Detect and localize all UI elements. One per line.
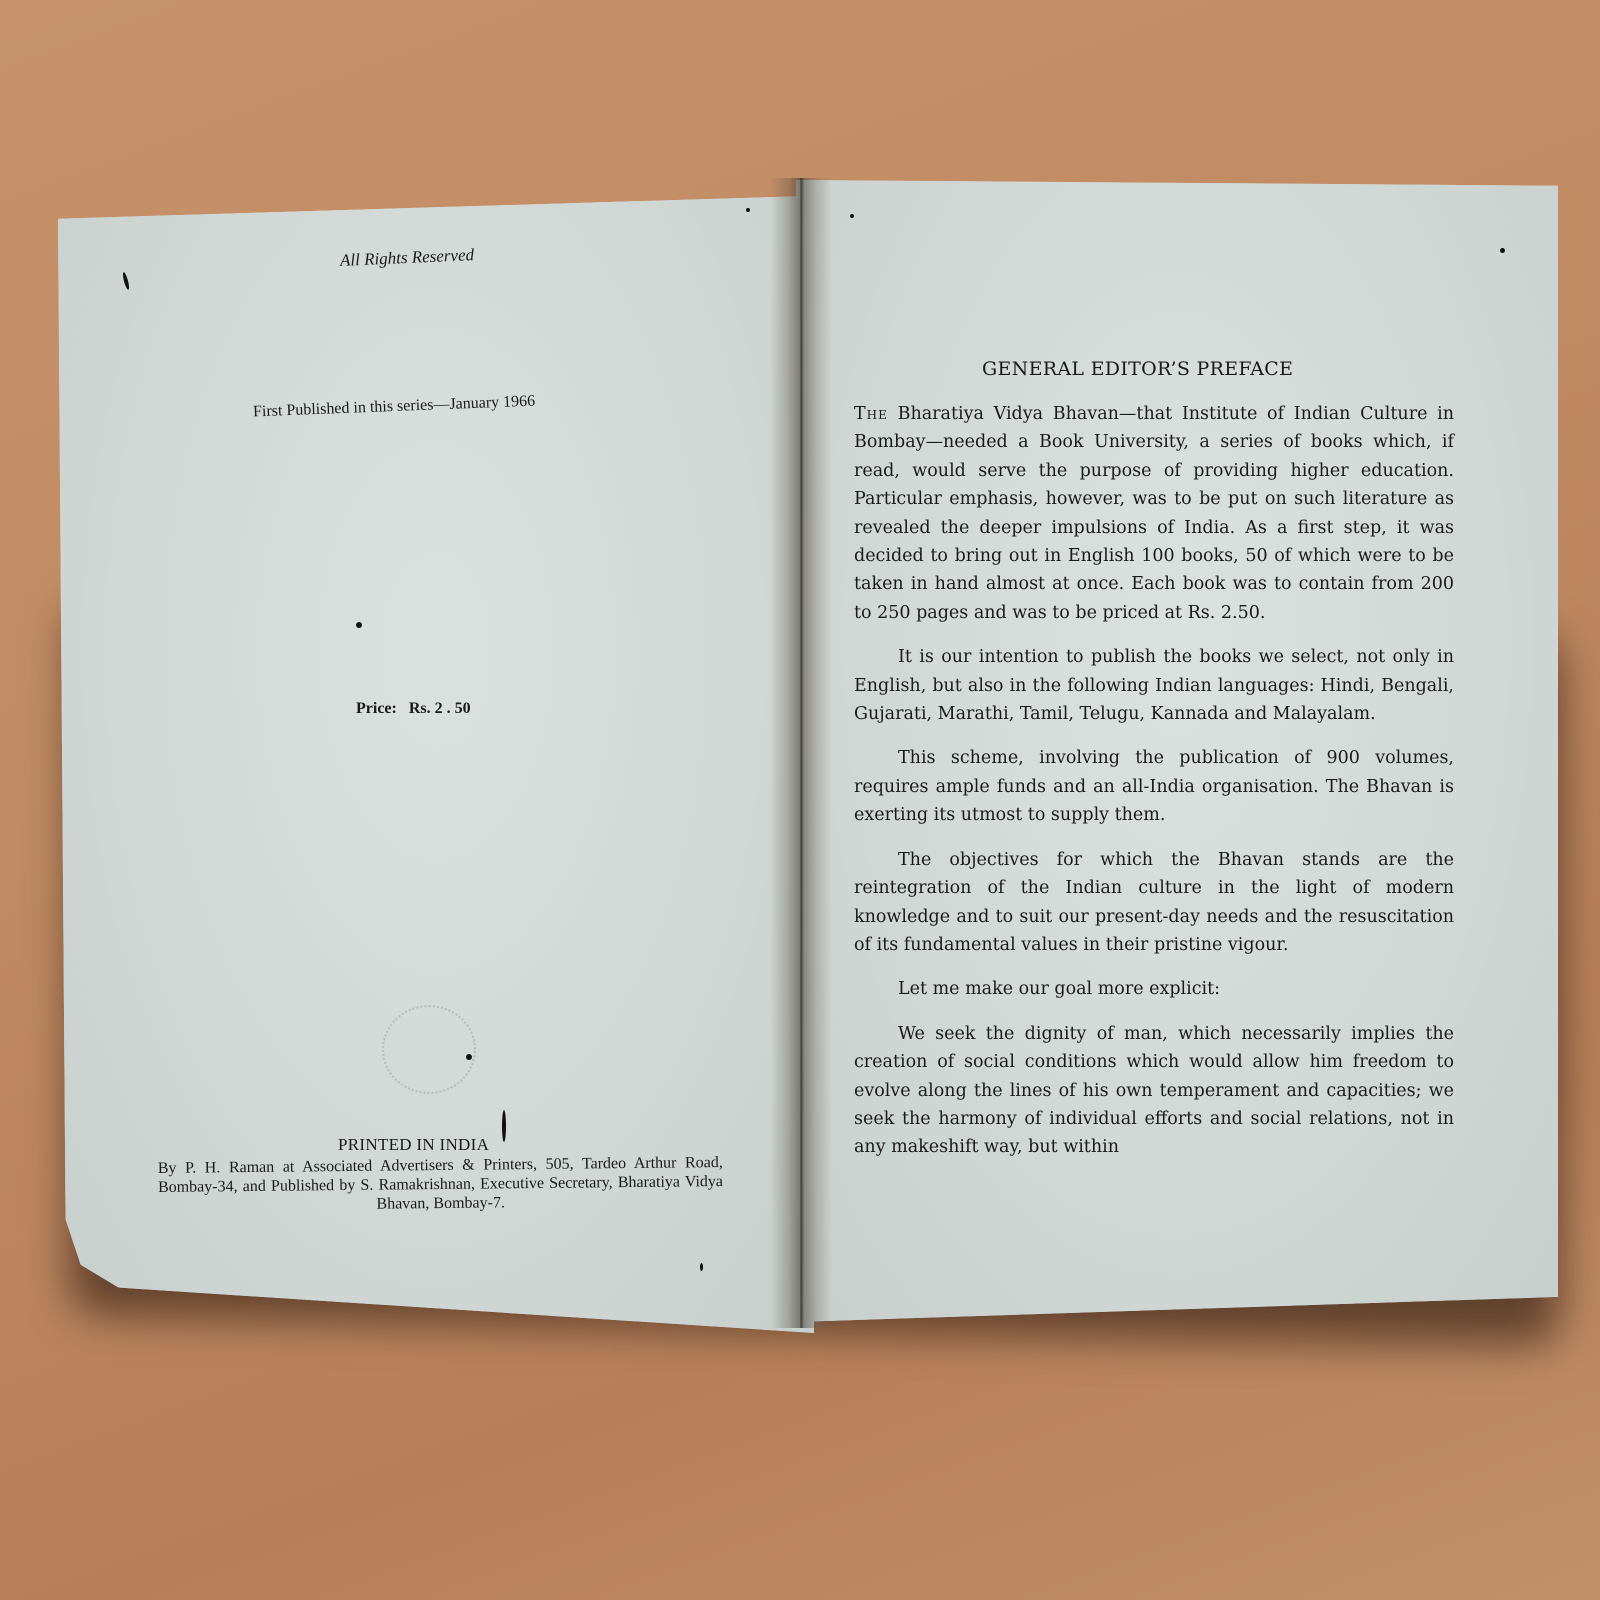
- printed-in-india: PRINTED IN INDIA: [338, 1135, 489, 1155]
- ink-mark: [502, 1110, 506, 1142]
- printer-imprint: By P. H. Raman at Associated Advertisers…: [158, 1153, 724, 1216]
- drop-word: The: [854, 404, 888, 424]
- price-label: Price: Rs. 2 . 50: [356, 700, 471, 718]
- ink-speck: [356, 622, 362, 628]
- ink-speck: [700, 1263, 703, 1271]
- preface-title: GENERAL EDITOR’S PREFACE: [982, 358, 1293, 380]
- preface-paragraph: This scheme, involving the publication o…: [854, 744, 1454, 829]
- book-spine-gutter: [770, 178, 832, 1328]
- ink-speck: [1500, 248, 1505, 253]
- preface-paragraph: We seek the dignity of man, which necess…: [854, 1020, 1454, 1162]
- preface-paragraph: The objectives for which the Bhavan stan…: [854, 846, 1454, 960]
- ink-speck: [746, 208, 750, 212]
- ink-speck: [466, 1054, 472, 1060]
- preface-paragraph: The Bharatiya Vidya Bhavan—that Institut…: [854, 400, 1454, 627]
- preface-paragraph: Let me make our goal more explicit:: [854, 975, 1454, 1003]
- preface-body: The Bharatiya Vidya Bhavan—that Institut…: [854, 400, 1454, 1178]
- publisher-emblem-watermark: [382, 1005, 476, 1094]
- ink-speck: [850, 214, 854, 218]
- preface-paragraph: It is our intention to publish the books…: [854, 643, 1454, 728]
